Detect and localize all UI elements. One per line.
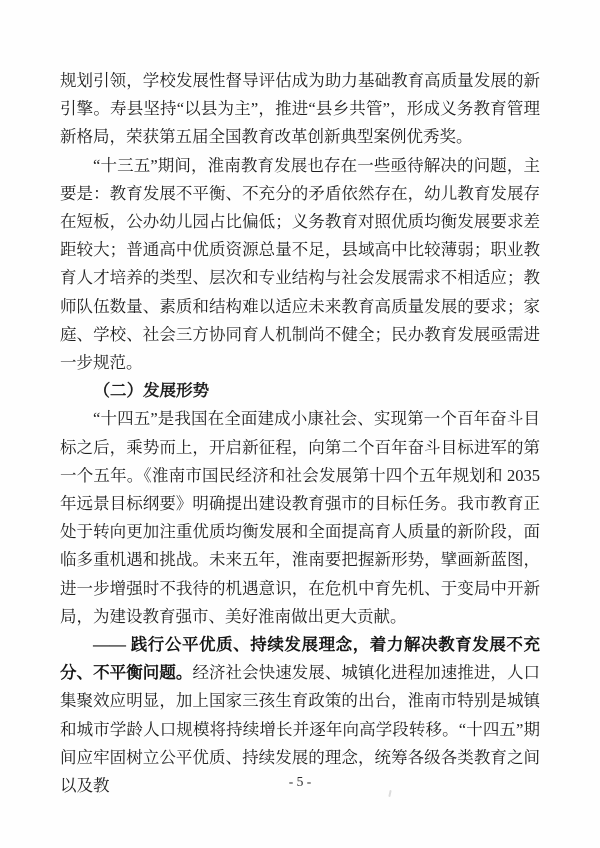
section-heading: （二）发展形势: [60, 377, 541, 405]
page-footer: - 5 -: [0, 773, 600, 791]
document-body: 规划引领，学校发展性督导评估成为助力基础教育高质量发展的新引擎。寿县坚持“以县为…: [60, 67, 540, 800]
paragraph: 规划引领，学校发展性督导评估成为助力基础教育高质量发展的新引擎。寿县坚持“以县为…: [60, 67, 540, 152]
page-number: - 5 -: [289, 774, 312, 789]
paragraph: “十三五”期间，淮南教育发展也存在一些亟待解决的问题，主要是：教育发展不平衡、不…: [60, 152, 540, 378]
paragraph: “十四五”是我国在全面建成小康社会、实现第一个百年奋斗目标之后，乘势而上，开启新…: [60, 405, 540, 631]
document-page: 规划引领，学校发展性督导评估成为助力基础教育高质量发展的新引擎。寿县坚持“以县为…: [0, 0, 600, 848]
paragraph-emphasis-lead: —— 践行公平优质、持续发展理念，着力解决教育发展不充分、不平衡问题。: [60, 635, 540, 682]
